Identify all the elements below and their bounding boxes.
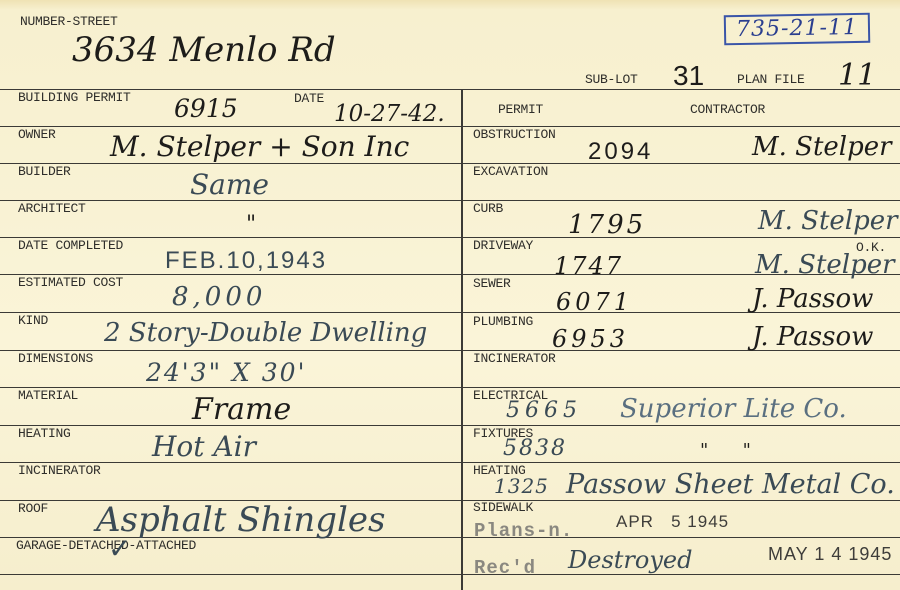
heating-label: HEATING	[18, 426, 71, 441]
electrical-contractor: Superior Lite Co.	[620, 394, 847, 424]
heating-contractor: Passow Sheet Metal Co.	[566, 469, 895, 500]
heating-permit: 1325	[494, 474, 549, 498]
column-divider	[461, 89, 463, 590]
rule	[0, 462, 900, 463]
plans-stamp: Plans-n.	[474, 520, 573, 542]
driveway-label: DRIVEWAY	[473, 238, 533, 253]
roof-value: Asphalt Shingles	[96, 500, 385, 540]
sewer-label: SEWER	[473, 276, 511, 291]
obstruction-contractor: M. Stelper	[752, 132, 892, 162]
curb-contractor: M. Stelper	[758, 206, 898, 236]
builder-label: BUILDER	[18, 164, 71, 179]
rule	[0, 200, 900, 201]
rule	[0, 89, 900, 90]
plumbing-label: PLUMBING	[473, 314, 533, 329]
contractor-column-header: CONTRACTOR	[690, 102, 765, 117]
apr-date-stamp: APR 5 1945	[616, 512, 729, 532]
rule	[0, 237, 900, 238]
fixtures-contractor-ditto: " "	[700, 440, 751, 461]
rule	[0, 126, 900, 127]
owner-value: M. Stelper + Son Inc	[110, 130, 409, 163]
heating-value: Hot Air	[152, 430, 256, 463]
incinerator-permit-label: INCINERATOR	[473, 351, 556, 366]
sub-lot-label: SUB-LOT	[585, 72, 638, 87]
kind-label: KIND	[18, 313, 48, 328]
sewer-contractor: J. Passow	[752, 284, 873, 314]
estimated-cost-label: ESTIMATED COST	[18, 275, 123, 290]
estimated-cost-value: 8,000	[172, 282, 266, 312]
permit-card: NUMBER-STREET 3634 Menlo Rd 735-21-11 SU…	[0, 0, 900, 590]
number-street-label: NUMBER-STREET	[20, 14, 118, 29]
obstruction-permit: 2094	[588, 138, 653, 166]
garage-check-mark: ✓	[108, 532, 131, 565]
curb-label: CURB	[473, 201, 503, 216]
rule	[0, 574, 900, 575]
plumbing-contractor: J. Passow	[752, 322, 873, 352]
driveway-contractor: M. Stelper	[755, 250, 895, 280]
material-value: Frame	[192, 392, 291, 427]
permit-column-header: PERMIT	[498, 102, 543, 117]
excavation-label: EXCAVATION	[473, 164, 548, 179]
plumbing-permit: 6953	[552, 325, 629, 353]
garage-label: GARAGE-DETACHED-ATTACHED	[16, 538, 196, 553]
incinerator-label: INCINERATOR	[18, 463, 101, 478]
material-label: MATERIAL	[18, 388, 78, 403]
date-value: 10-27-42.	[334, 101, 445, 127]
sub-lot-value: 31	[673, 60, 704, 92]
building-permit-value: 6915	[174, 94, 238, 123]
destroyed-handwriting: Destroyed	[568, 546, 692, 574]
may-date-stamp: MAY 1 4 1945	[768, 544, 892, 565]
driveway-permit: 1747	[554, 252, 623, 280]
plan-file-label: PLAN FILE	[737, 72, 805, 87]
roof-label: ROOF	[18, 501, 48, 516]
architect-label: ARCHITECT	[18, 201, 86, 216]
curb-permit: 1795	[568, 210, 646, 240]
plan-file-value: 11	[838, 58, 876, 93]
builder-value: Same	[190, 168, 269, 201]
rule	[0, 387, 900, 388]
fixtures-permit: 5838	[503, 436, 567, 461]
sidewalk-label: SIDEWALK	[473, 500, 533, 515]
rule	[0, 163, 900, 164]
date-label: DATE	[294, 91, 324, 106]
kind-value: 2 Story-Double Dwelling	[104, 318, 427, 348]
dimensions-value: 24'3" X 30'	[146, 358, 306, 387]
owner-label: OWNER	[18, 127, 56, 142]
number-street-value: 3634 Menlo Rd	[72, 30, 336, 70]
sewer-permit: 6071	[556, 288, 633, 316]
building-permit-label: BUILDING PERMIT	[18, 90, 131, 105]
electrical-permit: 5665	[506, 398, 582, 423]
architect-value: "	[246, 212, 256, 237]
file-number-box: 735-21-11	[724, 13, 871, 46]
obstruction-label: OBSTRUCTION	[473, 127, 556, 142]
date-completed-label: DATE COMPLETED	[18, 238, 123, 253]
rule	[0, 425, 900, 426]
date-completed-value: FEB.10,1943	[165, 247, 327, 275]
recd-stamp: Rec'd	[474, 557, 536, 579]
dimensions-label: DIMENSIONS	[18, 351, 93, 366]
